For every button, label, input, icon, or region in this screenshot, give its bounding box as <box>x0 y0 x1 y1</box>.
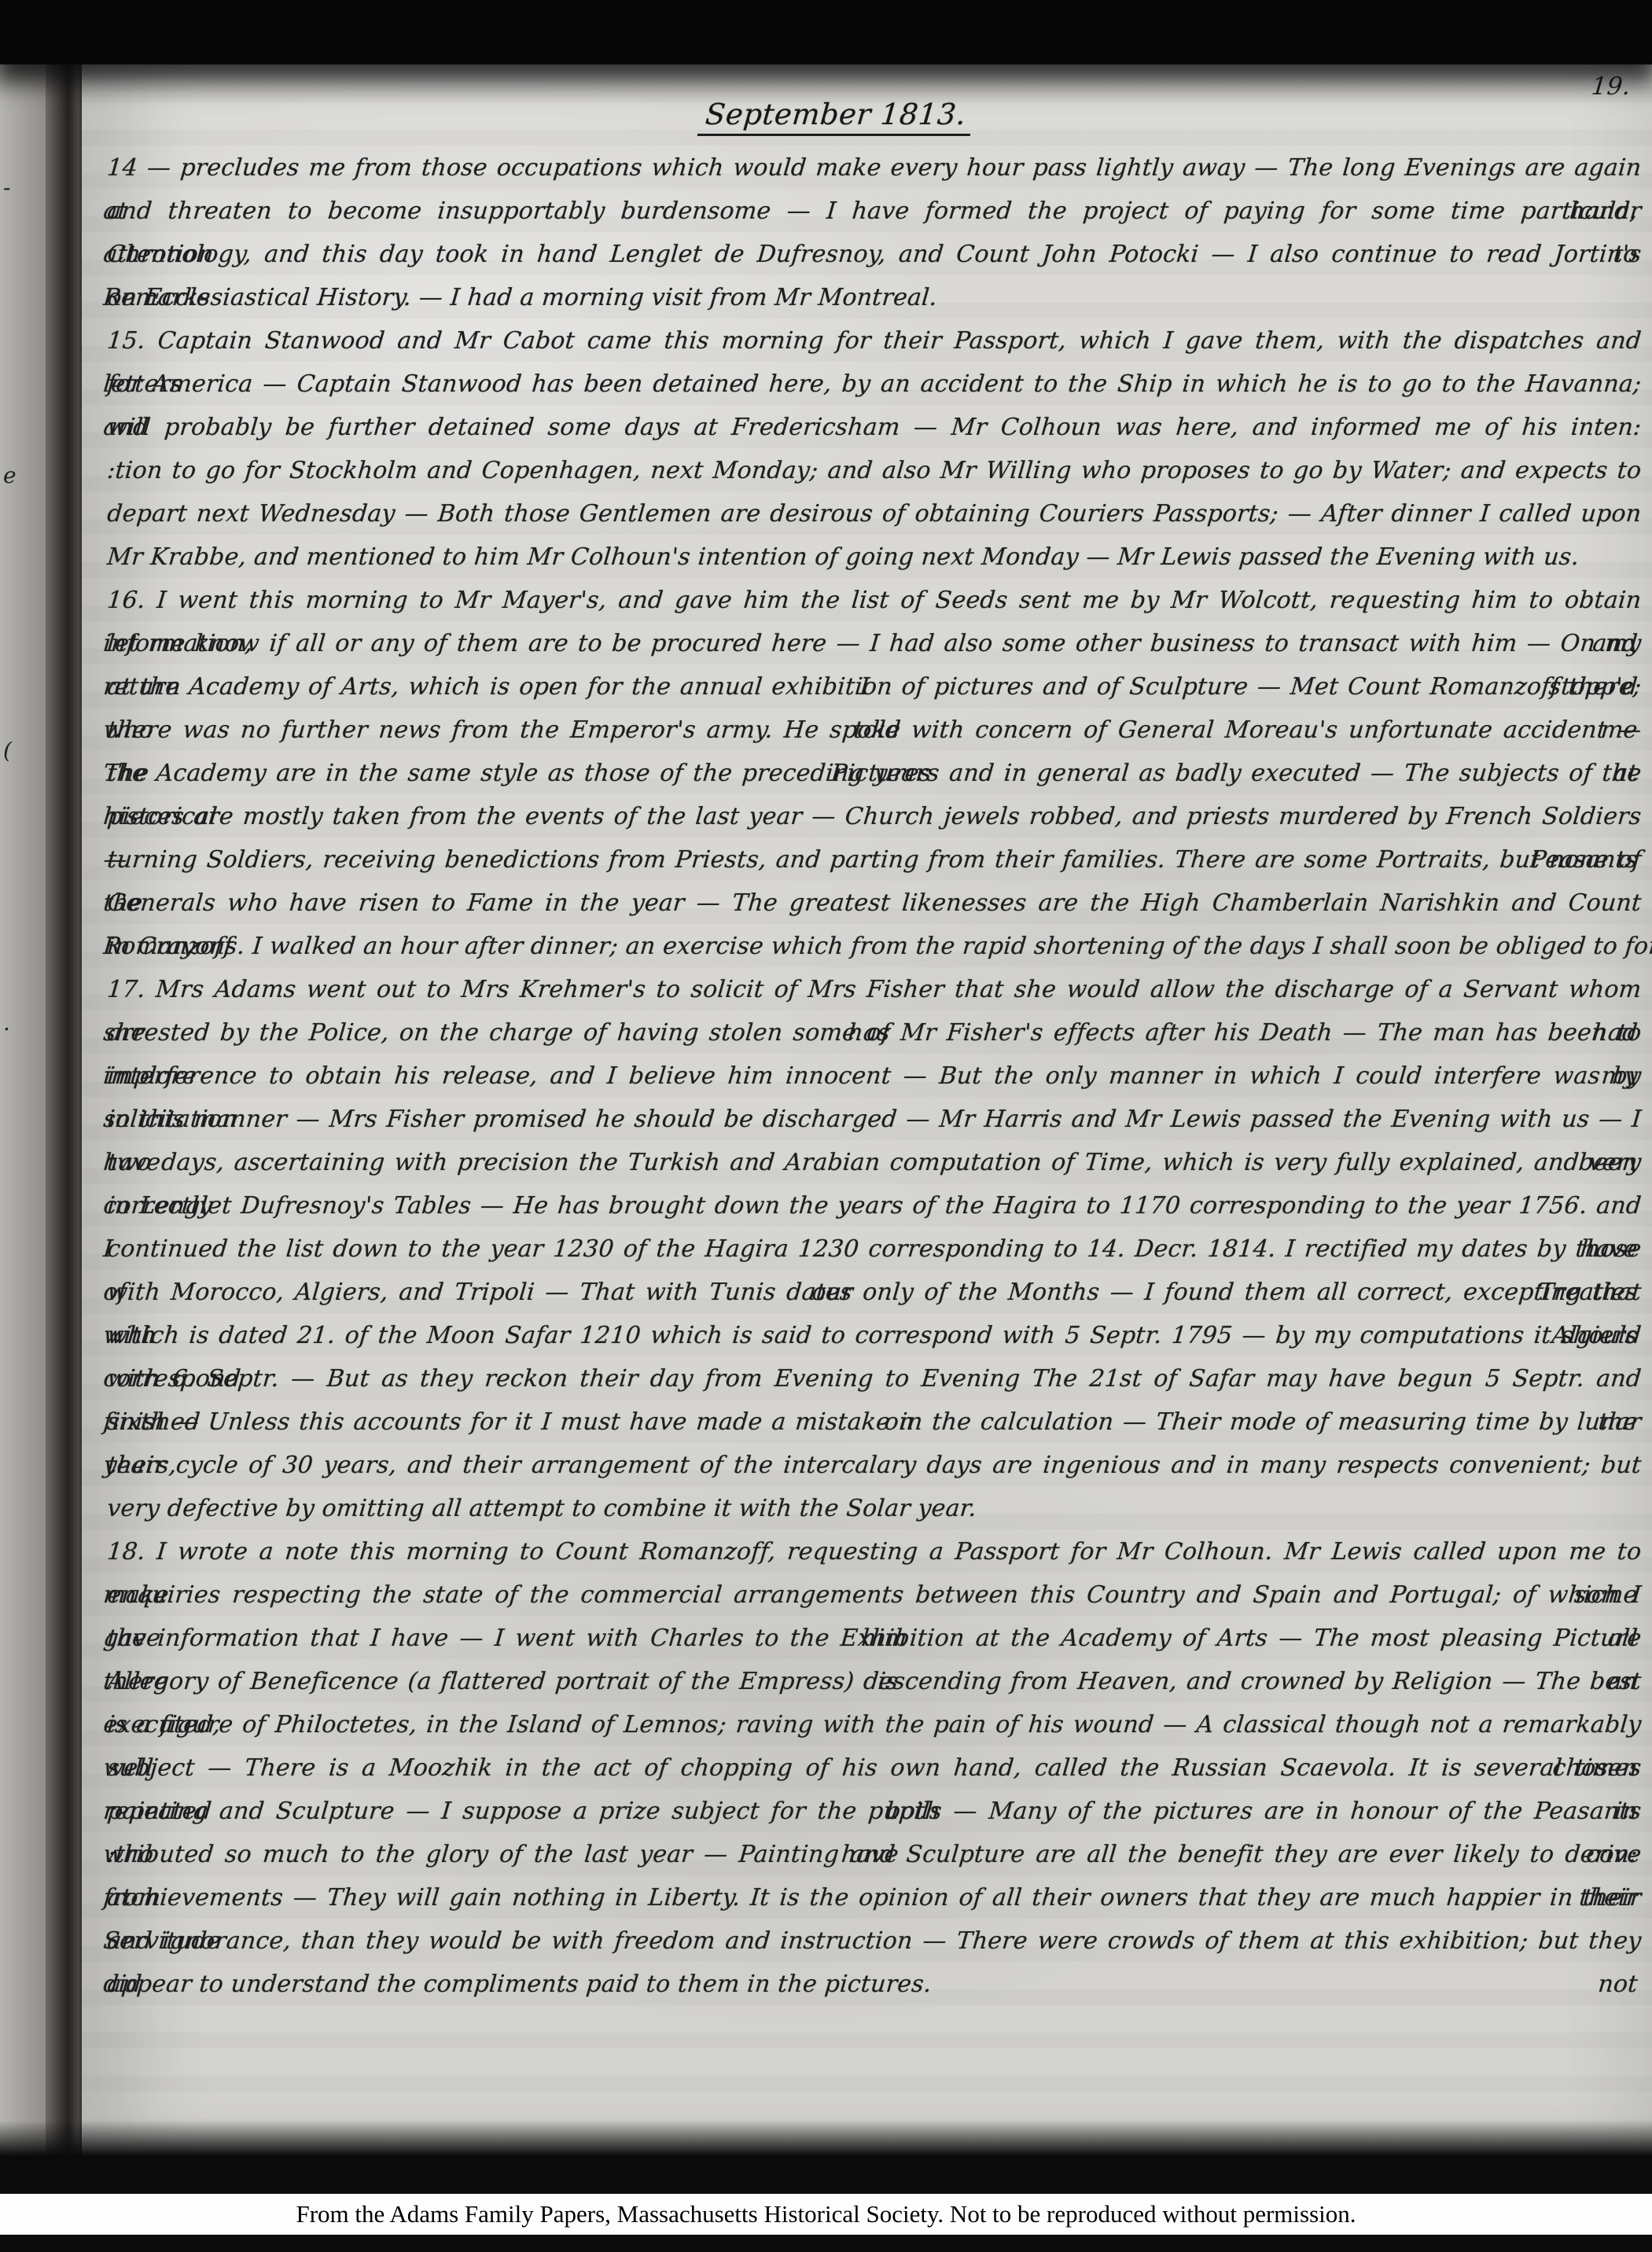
book-gutter-shadow <box>46 0 86 2160</box>
manuscript-line: turning Soldiers, receiving benedictions… <box>105 838 1643 881</box>
manuscript-line: Chronology, and this day took in hand Le… <box>105 233 1643 276</box>
stray-ink-mark: - <box>3 175 10 201</box>
manuscript-line: there was no further news from the Emper… <box>105 708 1643 752</box>
manuscript-line: pieces are mostly taken from the events … <box>105 795 1643 838</box>
manuscript-line: 18. I wrote a note this morning to Count… <box>105 1530 1643 1573</box>
stray-ink-mark: e <box>3 462 17 488</box>
manuscript-line: enquiries respecting the state of the co… <box>105 1573 1643 1617</box>
manuscript-line: Mr Krabbe, and mentioned to him Mr Colho… <box>105 535 1643 579</box>
manuscript-line: will probably be further detained some d… <box>105 406 1643 449</box>
scan-top-edge <box>0 0 1652 64</box>
manuscript-line: Allegory of Beneficence (a flattered por… <box>105 1660 1643 1703</box>
stray-ink-mark: . <box>3 1010 10 1036</box>
manuscript-line: continued the list down to the year 1230… <box>105 1227 1643 1271</box>
manuscript-line: 14 — precludes me from those occupations… <box>105 146 1643 190</box>
manuscript-line: let me know if all or any of them are to… <box>105 622 1643 665</box>
manuscript-line: appear to understand the compliments pai… <box>105 1963 1643 2006</box>
manuscript-line: sixth — Unless this accounts for it I mu… <box>105 1400 1643 1444</box>
manuscript-page: 19. September 1813. 14 — precludes me fr… <box>82 0 1652 2160</box>
page-header-date: September 1813. <box>697 98 974 136</box>
manuscript-line: 16. I went this morning to Mr Mayer's, a… <box>105 579 1643 622</box>
manuscript-line: 15. Captain Stanwood and Mr Cabot came t… <box>105 319 1643 362</box>
manuscript-line: atchievements — They will gain nothing i… <box>105 1876 1643 1919</box>
manuscript-line: at the Academy of Arts, which is open fo… <box>105 665 1643 708</box>
manuscript-line: Generals who have risen to Fame in the y… <box>105 881 1643 925</box>
manuscript-line: :tion to go for Stockholm and Copenhagen… <box>105 449 1643 492</box>
page-number: 19. <box>1590 72 1631 101</box>
manuscript-line: interference to obtain his release, and … <box>105 1054 1643 1098</box>
manuscript-text: 14 — precludes me from those occupations… <box>105 146 1639 2006</box>
manuscript-line: with Morocco, Algiers, and Tripoli — Tha… <box>105 1271 1643 1314</box>
manuscript-scan-page: 19. September 1813. 14 — precludes me fr… <box>0 0 1652 2252</box>
manuscript-line: on Ecclesiastical History. — I had a mor… <box>105 276 1643 319</box>
manuscript-line: 17. Mrs Adams went out to Mrs Krehmer's … <box>105 968 1643 1011</box>
footer-credit-strip: From the Adams Family Papers, Massachuse… <box>0 2194 1652 2235</box>
manuscript-line: painting and Sculpture — I suppose a pri… <box>105 1790 1643 1833</box>
manuscript-line: two days, ascertaining with precision th… <box>105 1141 1643 1184</box>
manuscript-line: their cycle of 30 years, and their arran… <box>105 1444 1643 1487</box>
footer-credit-text: From the Adams Family Papers, Massachuse… <box>296 2200 1356 2228</box>
manuscript-line: in this manner — Mrs Fisher promised he … <box>105 1098 1643 1141</box>
manuscript-line: is a figure of Philoctetes, in the Islan… <box>105 1703 1643 1746</box>
manuscript-line: arrested by the Police, on the charge of… <box>105 1011 1643 1054</box>
manuscript-line: subject — There is a Moozhik in the act … <box>105 1746 1643 1790</box>
manuscript-line: :tributed so much to the glory of the la… <box>105 1833 1643 1876</box>
manuscript-line: for America — Captain Stanwood has been … <box>105 362 1643 406</box>
manuscript-line: and threaten to become insupportably bur… <box>105 190 1643 233</box>
manuscript-line: the Academy are in the same style as tho… <box>105 752 1643 795</box>
manuscript-line: very defective by omitting all attempt t… <box>105 1487 1643 1530</box>
manuscript-line: in Lenglet Dufresnoy's Tables — He has b… <box>105 1184 1643 1227</box>
scan-bottom-edge <box>0 2121 1652 2160</box>
stray-ink-mark: ( <box>3 738 12 764</box>
scan-left-edge <box>0 0 46 2160</box>
manuscript-line: the information that I have — I went wit… <box>105 1617 1643 1660</box>
manuscript-line: which is dated 21. of the Moon Safar 121… <box>105 1314 1643 1357</box>
manuscript-line: and ignorance, than they would be with f… <box>105 1919 1643 1963</box>
manuscript-line: depart next Wednesday — Both those Gentl… <box>105 492 1643 535</box>
manuscript-line: in Crayons. I walked an hour after dinne… <box>105 925 1643 968</box>
page-header: September 1813. <box>82 98 1589 136</box>
manuscript-line: with 6. Septr. — But as they reckon thei… <box>105 1357 1643 1400</box>
